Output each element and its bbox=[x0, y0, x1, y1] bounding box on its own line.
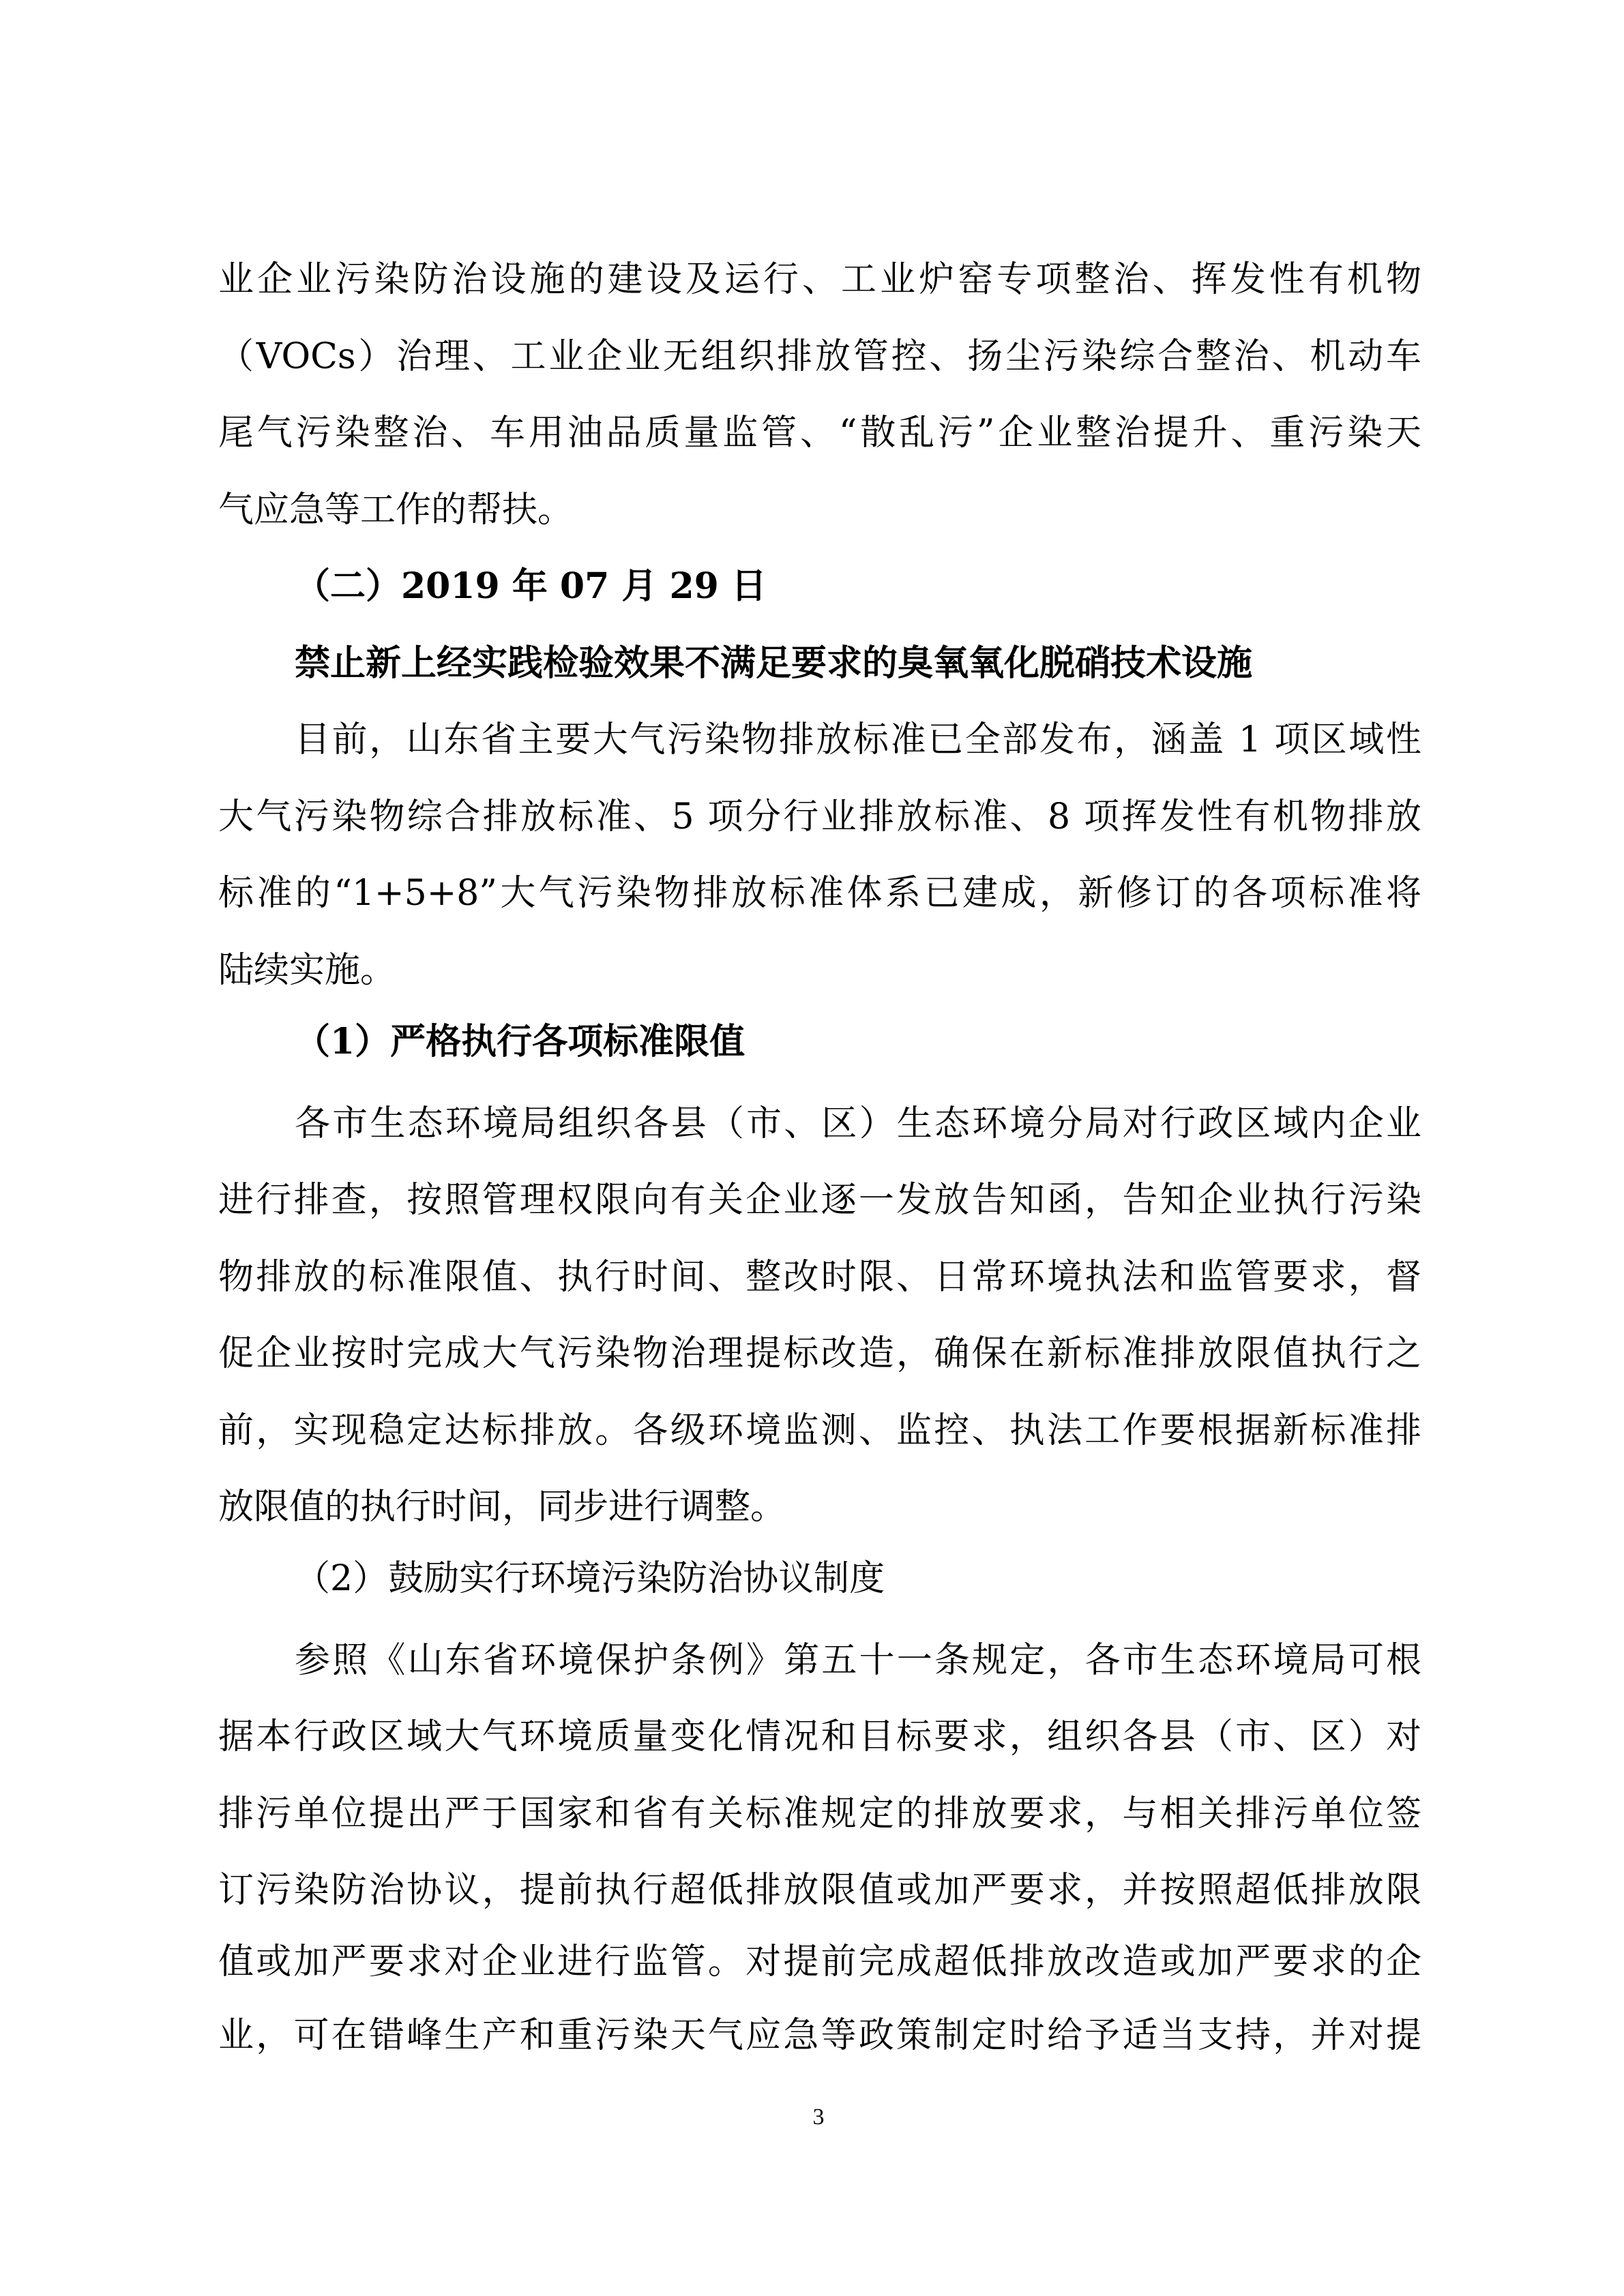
document-page: 业企业污染防治设施的建设及运行、工业炉窑专项整治、挥发性有机物 （VOCs）治理… bbox=[0, 0, 1624, 2296]
paragraph-line: 值或加严要求对企业进行监管。对提前完成超低排放改造或加严要求的企 bbox=[218, 1938, 1421, 1986]
item-heading-1: （1）严格执行各项标准限值 bbox=[295, 1018, 1421, 1066]
paragraph-line: 陆续实施。 bbox=[218, 946, 1421, 994]
paragraph-line: 订污染防治协议，提前执行超低排放限值或加严要求，并按照超低排放限 bbox=[218, 1866, 1421, 1914]
paragraph-line: 促企业按时完成大气污染物治理提标改造，确保在新标准排放限值执行之 bbox=[218, 1330, 1421, 1377]
paragraph-line: 参照《山东省环境保护条例》第五十一条规定，各市生态环境局可根 bbox=[295, 1637, 1421, 1684]
paragraph-line: 气应急等工作的帮扶。 bbox=[218, 486, 1421, 534]
paragraph-line: 各市生态环境局组织各县（市、区）生态环境分局对行政区域内企业 bbox=[295, 1100, 1421, 1148]
item-heading-2: （2）鼓励实行环境污染防治协议制度 bbox=[295, 1555, 1421, 1602]
page-number: 3 bbox=[798, 2104, 839, 2131]
section-subheading: 禁止新上经实践检验效果不满足要求的臭氧氧化脱硝技术设施 bbox=[295, 640, 1421, 687]
paragraph-line: 前，实现稳定达标排放。各级环境监测、监控、执法工作要根据新标准排 bbox=[218, 1407, 1421, 1455]
paragraph-line: 目前，山东省主要大气污染物排放标准已全部发布，涵盖 1 项区域性 bbox=[295, 716, 1421, 764]
paragraph-line: （VOCs）治理、工业企业无组织排放管控、扬尘污染综合整治、机动车 bbox=[218, 333, 1421, 381]
paragraph-line: 据本行政区域大气环境质量变化情况和目标要求，组织各县（市、区）对 bbox=[218, 1713, 1421, 1761]
paragraph-line: 业，可在错峰生产和重污染天气应急等政策制定时给予适当支持，并对提 bbox=[218, 2012, 1421, 2059]
paragraph-line: 业企业污染防治设施的建设及运行、工业炉窑专项整治、挥发性有机物 bbox=[218, 256, 1421, 303]
paragraph-line: 物排放的标准限值、执行时间、整改时限、日常环境执法和监管要求，督 bbox=[218, 1253, 1421, 1301]
paragraph-line: 标准的“1+5+8”大气污染物排放标准体系已建成，新修订的各项标准将 bbox=[218, 869, 1421, 917]
paragraph-line: 大气污染物综合排放标准、5 项分行业排放标准、8 项挥发性有机物排放 bbox=[218, 793, 1421, 841]
paragraph-line: 尾气污染整治、车用油品质量监管、“散乱污”企业整治提升、重污染天 bbox=[218, 409, 1421, 457]
paragraph-line: 进行排查，按照管理权限向有关企业逐一发放告知函，告知企业执行污染 bbox=[218, 1176, 1421, 1224]
paragraph-line: 排污单位提出严于国家和省有关标准规定的排放要求，与相关排污单位签 bbox=[218, 1790, 1421, 1838]
section-heading-date: （二）2019 年 07 月 29 日 bbox=[295, 563, 1421, 610]
paragraph-line: 放限值的执行时间，同步进行调整。 bbox=[218, 1483, 1421, 1531]
